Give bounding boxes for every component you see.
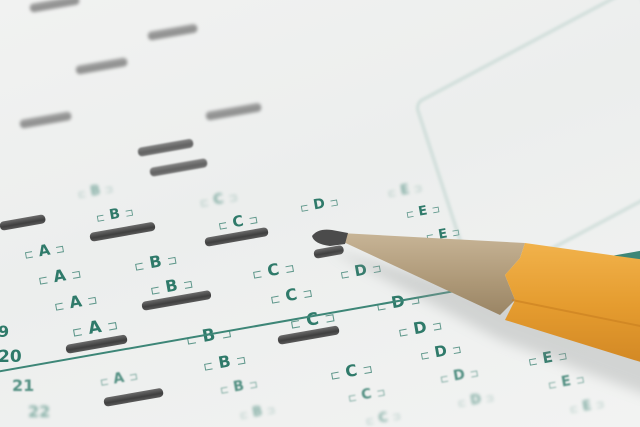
- answer-bubble-c: ⊏ C ⊐: [268, 282, 314, 308]
- filled-answer-mark: [0, 214, 46, 231]
- answer-bubble-d: ⊏ D ⊐: [396, 314, 443, 340]
- answer-bubble-c: ⊏ C ⊐: [199, 189, 239, 211]
- answer-bubble-c: ⊏ C ⊐: [250, 257, 296, 283]
- answer-bubble-e: ⊏ E ⊐: [526, 345, 568, 370]
- answer-bubble-c: ⊏ C ⊐: [347, 384, 387, 406]
- pencil-graphite-tip: [312, 230, 348, 246]
- answer-bubble-b: ⊏ B ⊐: [95, 204, 135, 226]
- answer-bubble-b: ⊏ B ⊐: [77, 181, 114, 202]
- answer-bubble-d: ⊏ D ⊐: [299, 193, 340, 216]
- filled-answer-mark: [75, 57, 128, 75]
- answer-bubble-c: ⊏ C ⊐: [365, 408, 402, 427]
- answer-bubble-d: ⊏ D ⊐: [439, 364, 480, 387]
- filled-answer-mark: [205, 102, 262, 121]
- filled-answer-mark: [313, 245, 344, 259]
- question-number-20: 20: [0, 347, 22, 367]
- answer-bubble-e: ⊏ E ⊐: [547, 371, 586, 393]
- filled-answer-mark: [103, 388, 164, 407]
- answer-bubble-b: ⊏ B ⊐: [132, 249, 178, 275]
- answer-bubble-b: ⊏ B ⊐: [219, 376, 259, 398]
- answer-bubble-a: ⊏ A ⊐: [99, 367, 139, 389]
- answer-bubble-a: ⊏ A ⊐: [52, 289, 98, 315]
- id-number-grid: [414, 0, 640, 290]
- answer-bubble-d: ⊏ D ⊐: [457, 390, 495, 411]
- question-number-9: 9: [0, 322, 9, 341]
- filled-answer-mark: [147, 23, 198, 41]
- answer-bubble-d: ⊏ D ⊐: [338, 258, 382, 283]
- filled-answer-mark: [137, 138, 194, 157]
- filled-answer-mark: [19, 111, 72, 129]
- answer-bubble-b: ⊏ B ⊐: [201, 349, 247, 375]
- question-number-22: 22: [28, 402, 50, 421]
- answer-bubble-c: ⊏ C ⊐: [328, 358, 374, 384]
- answer-bubble-e: ⊏ E ⊐: [405, 201, 441, 222]
- answer-bubble-e: ⊏ E ⊐: [569, 396, 605, 417]
- answer-sheet-photo: ⊏ A ⊐⊏ A ⊐⊏ A ⊐⊏ A ⊐⊏ A ⊐⊏ B ⊐⊏ B ⊐⊏ B ⊐…: [0, 0, 640, 427]
- section-divider-line-right: [599, 248, 640, 268]
- answer-bubble-a: ⊏ A ⊐: [36, 263, 82, 289]
- answer-bubble-b: ⊏ B ⊐: [239, 402, 276, 423]
- answer-bubble-a: ⊏ A ⊐: [22, 238, 65, 263]
- pencil-body-edge: [512, 300, 640, 330]
- answer-bubble-e: ⊏ E ⊐: [387, 180, 423, 201]
- filled-answer-mark: [149, 158, 208, 177]
- filled-answer-mark: [29, 0, 80, 13]
- question-number-21: 21: [12, 376, 34, 395]
- answer-bubble-d: ⊏ D ⊐: [418, 339, 462, 364]
